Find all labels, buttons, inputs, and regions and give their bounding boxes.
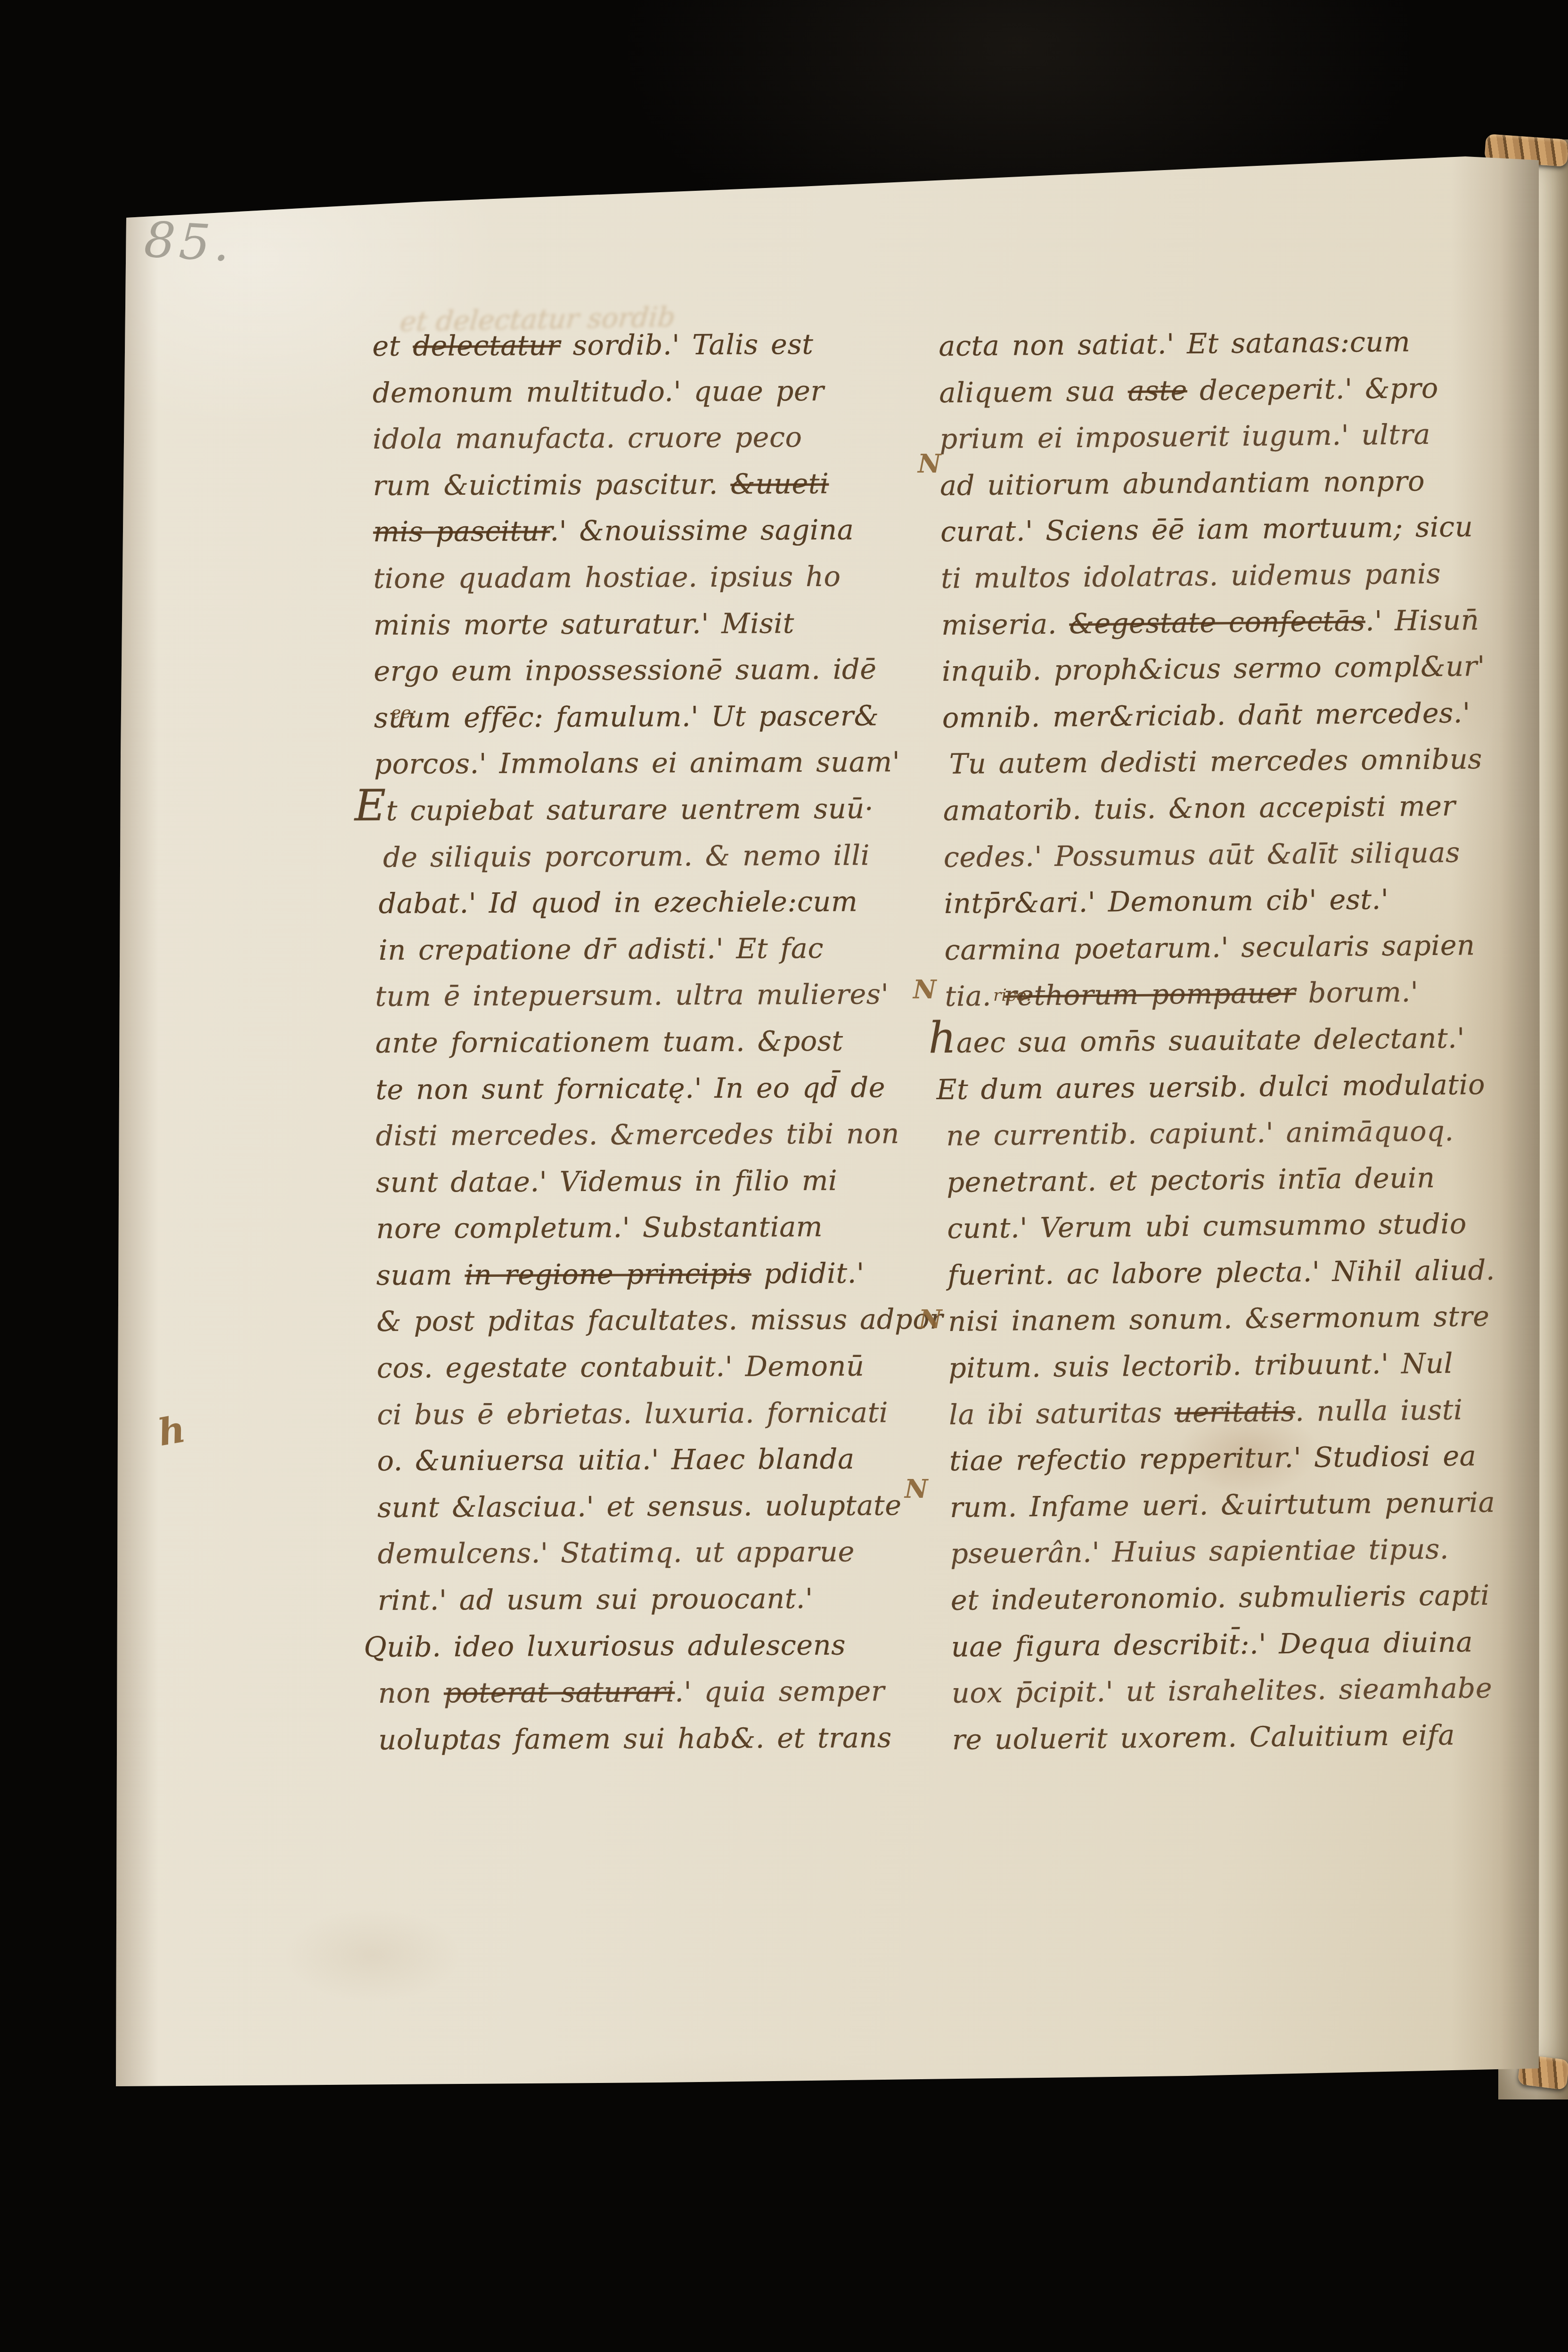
text-line: cedes.' Possumus aūt &alīt siliquas xyxy=(943,835,1486,887)
struck-text: aste xyxy=(1127,374,1187,407)
struck-text: rethorum pompauer xyxy=(1004,977,1296,1012)
text-line: rum &uictimis pascitur. &uueti xyxy=(373,467,915,516)
text-line: suam in regione principis pdidit.' xyxy=(376,1257,918,1306)
right-column: acta non satiat.' Et satanas:cumaliquem … xyxy=(939,325,1494,1770)
text-line: non poterat saturari.' quia semper xyxy=(378,1674,920,1723)
text-line: la ibi saturitas ueritatis. nulla iusti xyxy=(949,1393,1491,1445)
text-line: carmina poetarum.' secularis sapien xyxy=(944,929,1486,980)
text-line: re uoluerit uxorem. Caluitium eifa xyxy=(952,1718,1494,1770)
margin-nota-mark: h xyxy=(155,1408,189,1454)
text-line: Et cupiebat saturare uentrem suū· xyxy=(354,792,916,841)
text-line: rum. Infame ueri. &uirtutum penuria xyxy=(950,1486,1492,1538)
margin-nota-mark: N xyxy=(919,1304,942,1334)
struck-text: ueritatis xyxy=(1174,1395,1295,1428)
text-line: et delectatur sordib.' Talis est xyxy=(372,327,914,376)
struck-text: delectatur xyxy=(413,329,561,362)
text-line: mis pascitur.' &nouissime sagina xyxy=(373,513,915,562)
text-line: tiae refectio repperitur.' Studiosi ea xyxy=(949,1439,1492,1491)
text-line: Tu autem dedisti mercedes omnibus xyxy=(949,743,1485,794)
text-line: aliquem sua aste deceperit.' &pro xyxy=(939,371,1481,423)
text-line: uae figura describit̄:.' Dequa diuina xyxy=(951,1625,1493,1677)
text-line: in crepatione dr̄ adisti.' Et fac xyxy=(379,931,917,980)
large-initial: h xyxy=(928,1013,956,1063)
text-line: inquib. proph&icus sermo compl&ur' xyxy=(942,650,1484,702)
struck-text: &egestate confectās xyxy=(1069,604,1365,640)
text-line: ne currentib. capiunt.' animāquoq. xyxy=(946,1114,1488,1166)
text-line: suum effēc: famulum.' Ut pascer& xyxy=(374,699,915,748)
interlinear-gloss: ee: xyxy=(391,703,417,722)
text-line: & post pditas facultates. missus adpor xyxy=(376,1303,918,1352)
text-line: demonum multitudo.' quae per xyxy=(372,374,914,423)
text-line: ergo eum inpossessionē suam. idē xyxy=(374,653,915,702)
text-line: tum ē intepuersum. ultra mulieres' xyxy=(375,978,917,1027)
text-line: o. &uniuersa uitia.' Haec blanda xyxy=(377,1442,919,1491)
text-line: miseria. &egestate confectās.' Hisun̄ xyxy=(941,603,1484,655)
interlinear-gloss: rico: xyxy=(993,986,1032,1005)
text-line: cos. egestate contabuit.' Demonū xyxy=(376,1349,918,1398)
text-line: Quib. ideo luxuriosus adulescens xyxy=(364,1628,920,1677)
text-line: omnib. mer&riciab. dan̄t mercedes.' xyxy=(942,696,1485,748)
text-line: dabat.' Id quod in ezechiele:cum xyxy=(378,885,916,934)
text-line: uox p̄cipit.' ut israhelites. sieamhabe xyxy=(951,1672,1494,1723)
margin-nota-mark: N xyxy=(918,449,941,479)
text-line: amatorib. tuis. &non accepisti mer xyxy=(943,789,1485,841)
text-line: prium ei imposuerit iugum.' ultra xyxy=(939,417,1482,469)
text-line: uoluptas famem sui hab&. et trans xyxy=(378,1721,920,1770)
text-line: ante fornicationem tuam. &post xyxy=(375,1024,917,1073)
manuscript-page: 85. et delectatur sordib et delectatur s… xyxy=(0,0,1568,2352)
text-line: curat.' Sciens ēē iam mortuum; sicu xyxy=(940,510,1483,562)
text-line: te non sunt fornicatę.' In eo qd̄ de xyxy=(376,1070,917,1119)
text-line: ad uitiorum abundantiam nonpro xyxy=(940,464,1482,516)
text-line: idola manufacta. cruore peco xyxy=(373,420,915,469)
text-line: tione quadam hostiae. ipsius ho xyxy=(373,560,915,609)
margin-nota-mark: N xyxy=(905,1474,928,1504)
text-line: penetrant. et pectoris intīa deuin xyxy=(947,1161,1489,1213)
margin-nota-mark: N xyxy=(913,974,936,1004)
text-line: ti multos idolatras. uidemus panis xyxy=(941,557,1483,609)
text-line: rint.' ad usum sui prouocant.' xyxy=(378,1582,920,1631)
text-line: acta non satiat.' Et satanas:cum xyxy=(939,325,1481,376)
left-edge-shadow xyxy=(116,198,158,2087)
large-initial: E xyxy=(354,780,386,831)
text-line: intp̄r&ari.' Demonum cib' est.' xyxy=(944,882,1486,934)
text-line: sunt datae.' Videmus in filio mi xyxy=(376,1164,918,1213)
left-column: et delectatur sordib.' Talis estdemonum … xyxy=(372,327,920,1770)
text-line: pseuerân.' Huius sapientiae tipus. xyxy=(950,1532,1493,1584)
text-line: et indeuteronomio. submulieris capti xyxy=(951,1579,1493,1631)
text-line: haec sua omn̄s suauitate delectant.' xyxy=(928,1021,1487,1073)
text-line: porcos.' Immolans ei animam suam' xyxy=(374,745,916,794)
text-line: ci bus ē ebrietas. luxuria. fornicati xyxy=(377,1396,919,1445)
struck-text: mis pascitur xyxy=(373,515,550,548)
text-line: demulcens.' Statimq. ut apparue xyxy=(377,1535,919,1584)
text-line: fuerint. ac labore plecta.' Nihil aliud. xyxy=(947,1254,1490,1306)
struck-text: in regione principis xyxy=(465,1257,751,1291)
photo-backdrop: 85. et delectatur sordib et delectatur s… xyxy=(0,0,1568,2352)
text-line: minis morte saturatur.' Misit xyxy=(374,606,915,655)
text-line: Et dum aures uersib. dulci modulatio xyxy=(936,1068,1488,1119)
struck-text: poterat saturari xyxy=(444,1675,675,1709)
text-line: pitum. suis lectorib. tribuunt.' Nul xyxy=(948,1347,1491,1398)
text-line: de siliquis porcorum. & nemo illi xyxy=(383,839,916,888)
text-line: cunt.' Verum ubi cumsummo studio xyxy=(947,1207,1489,1259)
folio-number: 85. xyxy=(143,211,235,273)
text-line: disti mercedes. &mercedes tibi non xyxy=(376,1117,917,1166)
text-line: sunt &lasciua.' et sensus. uoluptate xyxy=(377,1489,919,1538)
struck-text: &uueti xyxy=(730,467,829,500)
text-line: nisi inanem sonum. &sermonum stre xyxy=(948,1300,1490,1352)
text-line: nore completum.' Substantiam xyxy=(376,1210,918,1259)
parchment-stain xyxy=(283,1908,462,2002)
